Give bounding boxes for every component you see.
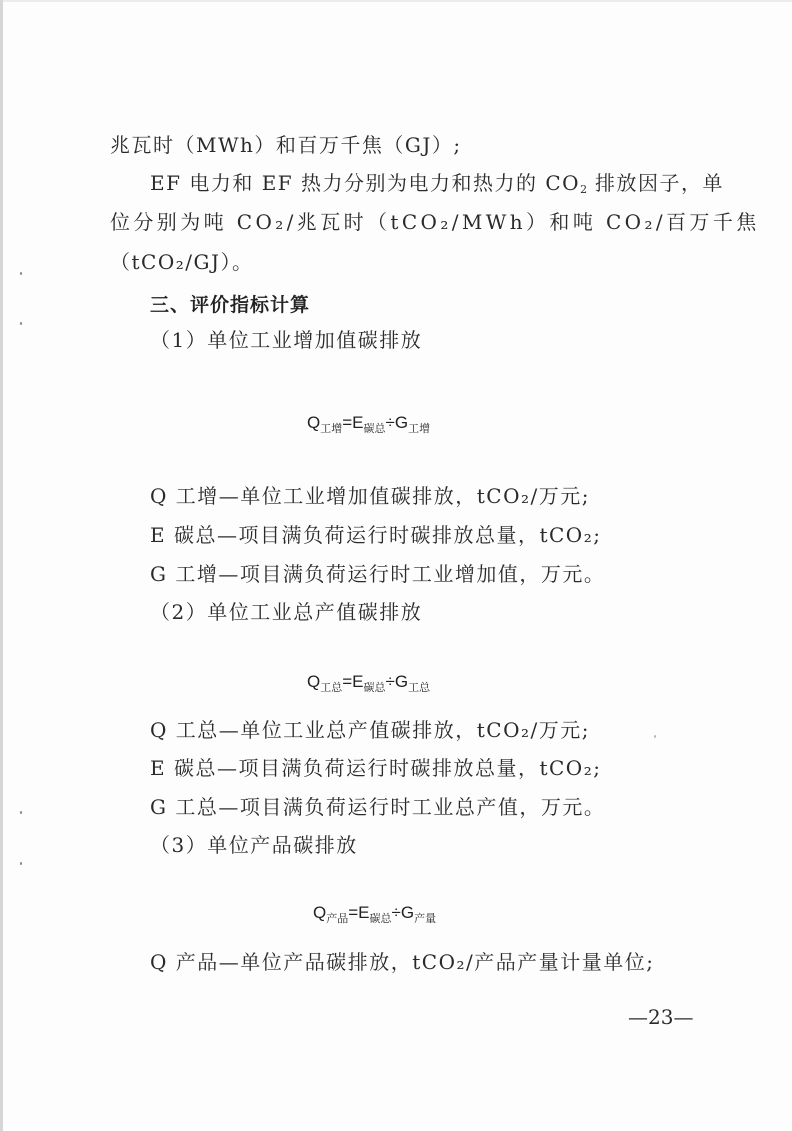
- margin-dot: [20, 811, 22, 814]
- definition-line: Q 工总—单位工业总产值碳排放，tCO₂/万元;: [150, 718, 590, 742]
- subsection-title: （2）单位工业总产值碳排放: [150, 600, 422, 624]
- formula-sub: 碳总: [364, 422, 386, 435]
- subsection-title: （1）单位工业增加值碳排放: [150, 328, 422, 352]
- formula-var: Q: [307, 672, 320, 691]
- formula-op: ÷: [386, 413, 395, 432]
- margin-dot: [654, 735, 656, 738]
- formula-var: G: [395, 413, 408, 432]
- formula-sub: 工增: [408, 422, 430, 435]
- definition-line: E 碳总—项目满负荷运行时碳排放总量，tCO₂;: [150, 756, 601, 780]
- formula: Q工增=E碳总÷G工增: [307, 413, 430, 436]
- formula-var: E: [358, 903, 369, 922]
- formula-var: E: [352, 672, 363, 691]
- definition-line: Q 产品—单位产品碳排放，tCO₂/产品产量计量单位;: [150, 950, 654, 974]
- scan-left-edge: [0, 0, 3, 1131]
- margin-dot: [20, 272, 22, 275]
- margin-dot: [20, 862, 22, 865]
- formula-sub: 产量: [414, 912, 436, 925]
- definition-line: Q 工增—单位工业增加值碳排放，tCO₂/万元;: [150, 484, 590, 508]
- section-heading: 三、评价指标计算: [150, 290, 310, 317]
- paragraph-line: EF 电力和 EF 热力分别为电力和热力的 CO2 排放因子，单: [150, 171, 724, 202]
- formula-sub: 工增: [320, 422, 342, 435]
- formula-var: G: [401, 903, 414, 922]
- page-number: —23—: [628, 1005, 693, 1029]
- definition-line: E 碳总—项目满负荷运行时碳排放总量，tCO₂;: [150, 523, 601, 547]
- formula: Q工总=E碳总÷G工总: [307, 672, 430, 695]
- formula-op: =: [348, 903, 358, 922]
- formula-sub: 碳总: [364, 681, 386, 694]
- formula-op: ÷: [386, 672, 395, 691]
- formula-var: G: [395, 672, 408, 691]
- paragraph-line: 兆瓦时（MWh）和百万千焦（GJ）;: [110, 133, 462, 157]
- formula-sub: 产品: [326, 912, 348, 925]
- definition-line: G 工增—项目满负荷运行时工业增加值，万元。: [150, 562, 605, 586]
- definition-line: G 工总—项目满负荷运行时工业总产值，万元。: [150, 795, 605, 819]
- formula-sub: 工总: [320, 681, 342, 694]
- subsection-title: （3）单位产品碳排放: [150, 833, 358, 857]
- text-fragment: 排放因子，单: [587, 171, 724, 195]
- formula-op: ÷: [392, 903, 401, 922]
- formula-var: E: [352, 413, 363, 432]
- formula-op: =: [342, 413, 352, 432]
- formula-op: =: [342, 672, 352, 691]
- formula: Q产品=E碳总÷G产量: [313, 903, 436, 926]
- formula-var: Q: [307, 413, 320, 432]
- formula-sub: 工总: [408, 681, 430, 694]
- margin-dot: [20, 322, 22, 325]
- text-fragment: EF 电力和 EF 热力分别为电力和热力的 CO: [150, 171, 580, 195]
- formula-sub: 碳总: [370, 912, 392, 925]
- paragraph-line: （tCO₂/GJ）。: [110, 250, 254, 274]
- paragraph-line: 位分别为吨 CO₂/兆瓦时（tCO₂/MWh）和吨 CO₂/百万千焦: [110, 210, 760, 234]
- scan-top-edge: [0, 0, 792, 2]
- formula-var: Q: [313, 903, 326, 922]
